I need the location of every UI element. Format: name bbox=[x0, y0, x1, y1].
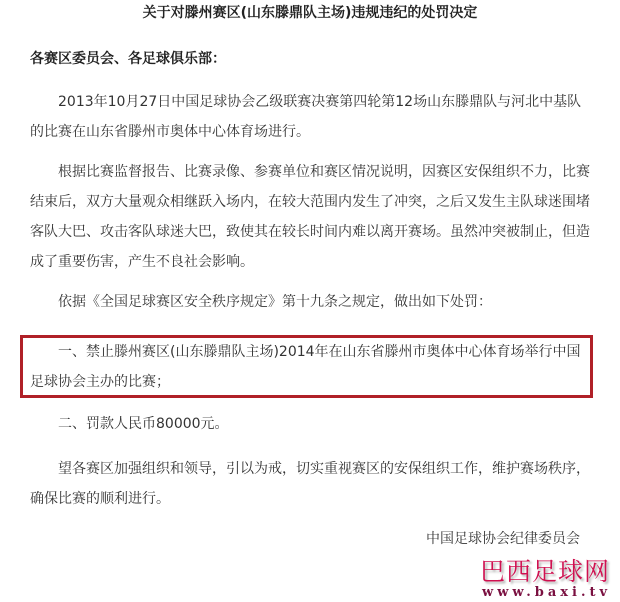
document-title: 关于对滕州赛区(山东滕鼎队主场)违规违纪的处罚决定 bbox=[0, 4, 620, 22]
paragraph-incident: 根据比赛监督报告、比赛录像、参赛单位和赛区情况说明，因赛区安保组织不力，比赛结束… bbox=[30, 157, 590, 277]
penalty-item-1: 一、禁止滕州赛区(山东滕鼎队主场)2014年在山东省滕州市奥体中心体育场举行中国… bbox=[30, 337, 590, 397]
watermark-chinese: 巴西足球网 bbox=[480, 558, 610, 586]
penalty-item-2: 二、罚款人民币80000元。 bbox=[30, 409, 590, 439]
paragraph-match-info: 2013年10月27日中国足球协会乙级联赛决赛第四轮第12场山东滕鼎队与河北中基… bbox=[30, 87, 590, 147]
watermark-logo: 巴西足球网 www.baxi.tv bbox=[476, 558, 620, 602]
watermark-url: www.baxi.tv bbox=[482, 586, 611, 600]
signature: 中国足球协会纪律委员会 bbox=[426, 530, 580, 548]
paragraph-basis: 依据《全国足球赛区安全秩序规定》第十九条之规定，做出如下处罚： bbox=[30, 287, 590, 317]
paragraph-closing: 望各赛区加强组织和领导，引以为戒，切实重视赛区的安保组织工作，维护赛场秩序，确保… bbox=[30, 454, 590, 514]
salutation: 各赛区委员会、各足球俱乐部： bbox=[30, 50, 226, 68]
